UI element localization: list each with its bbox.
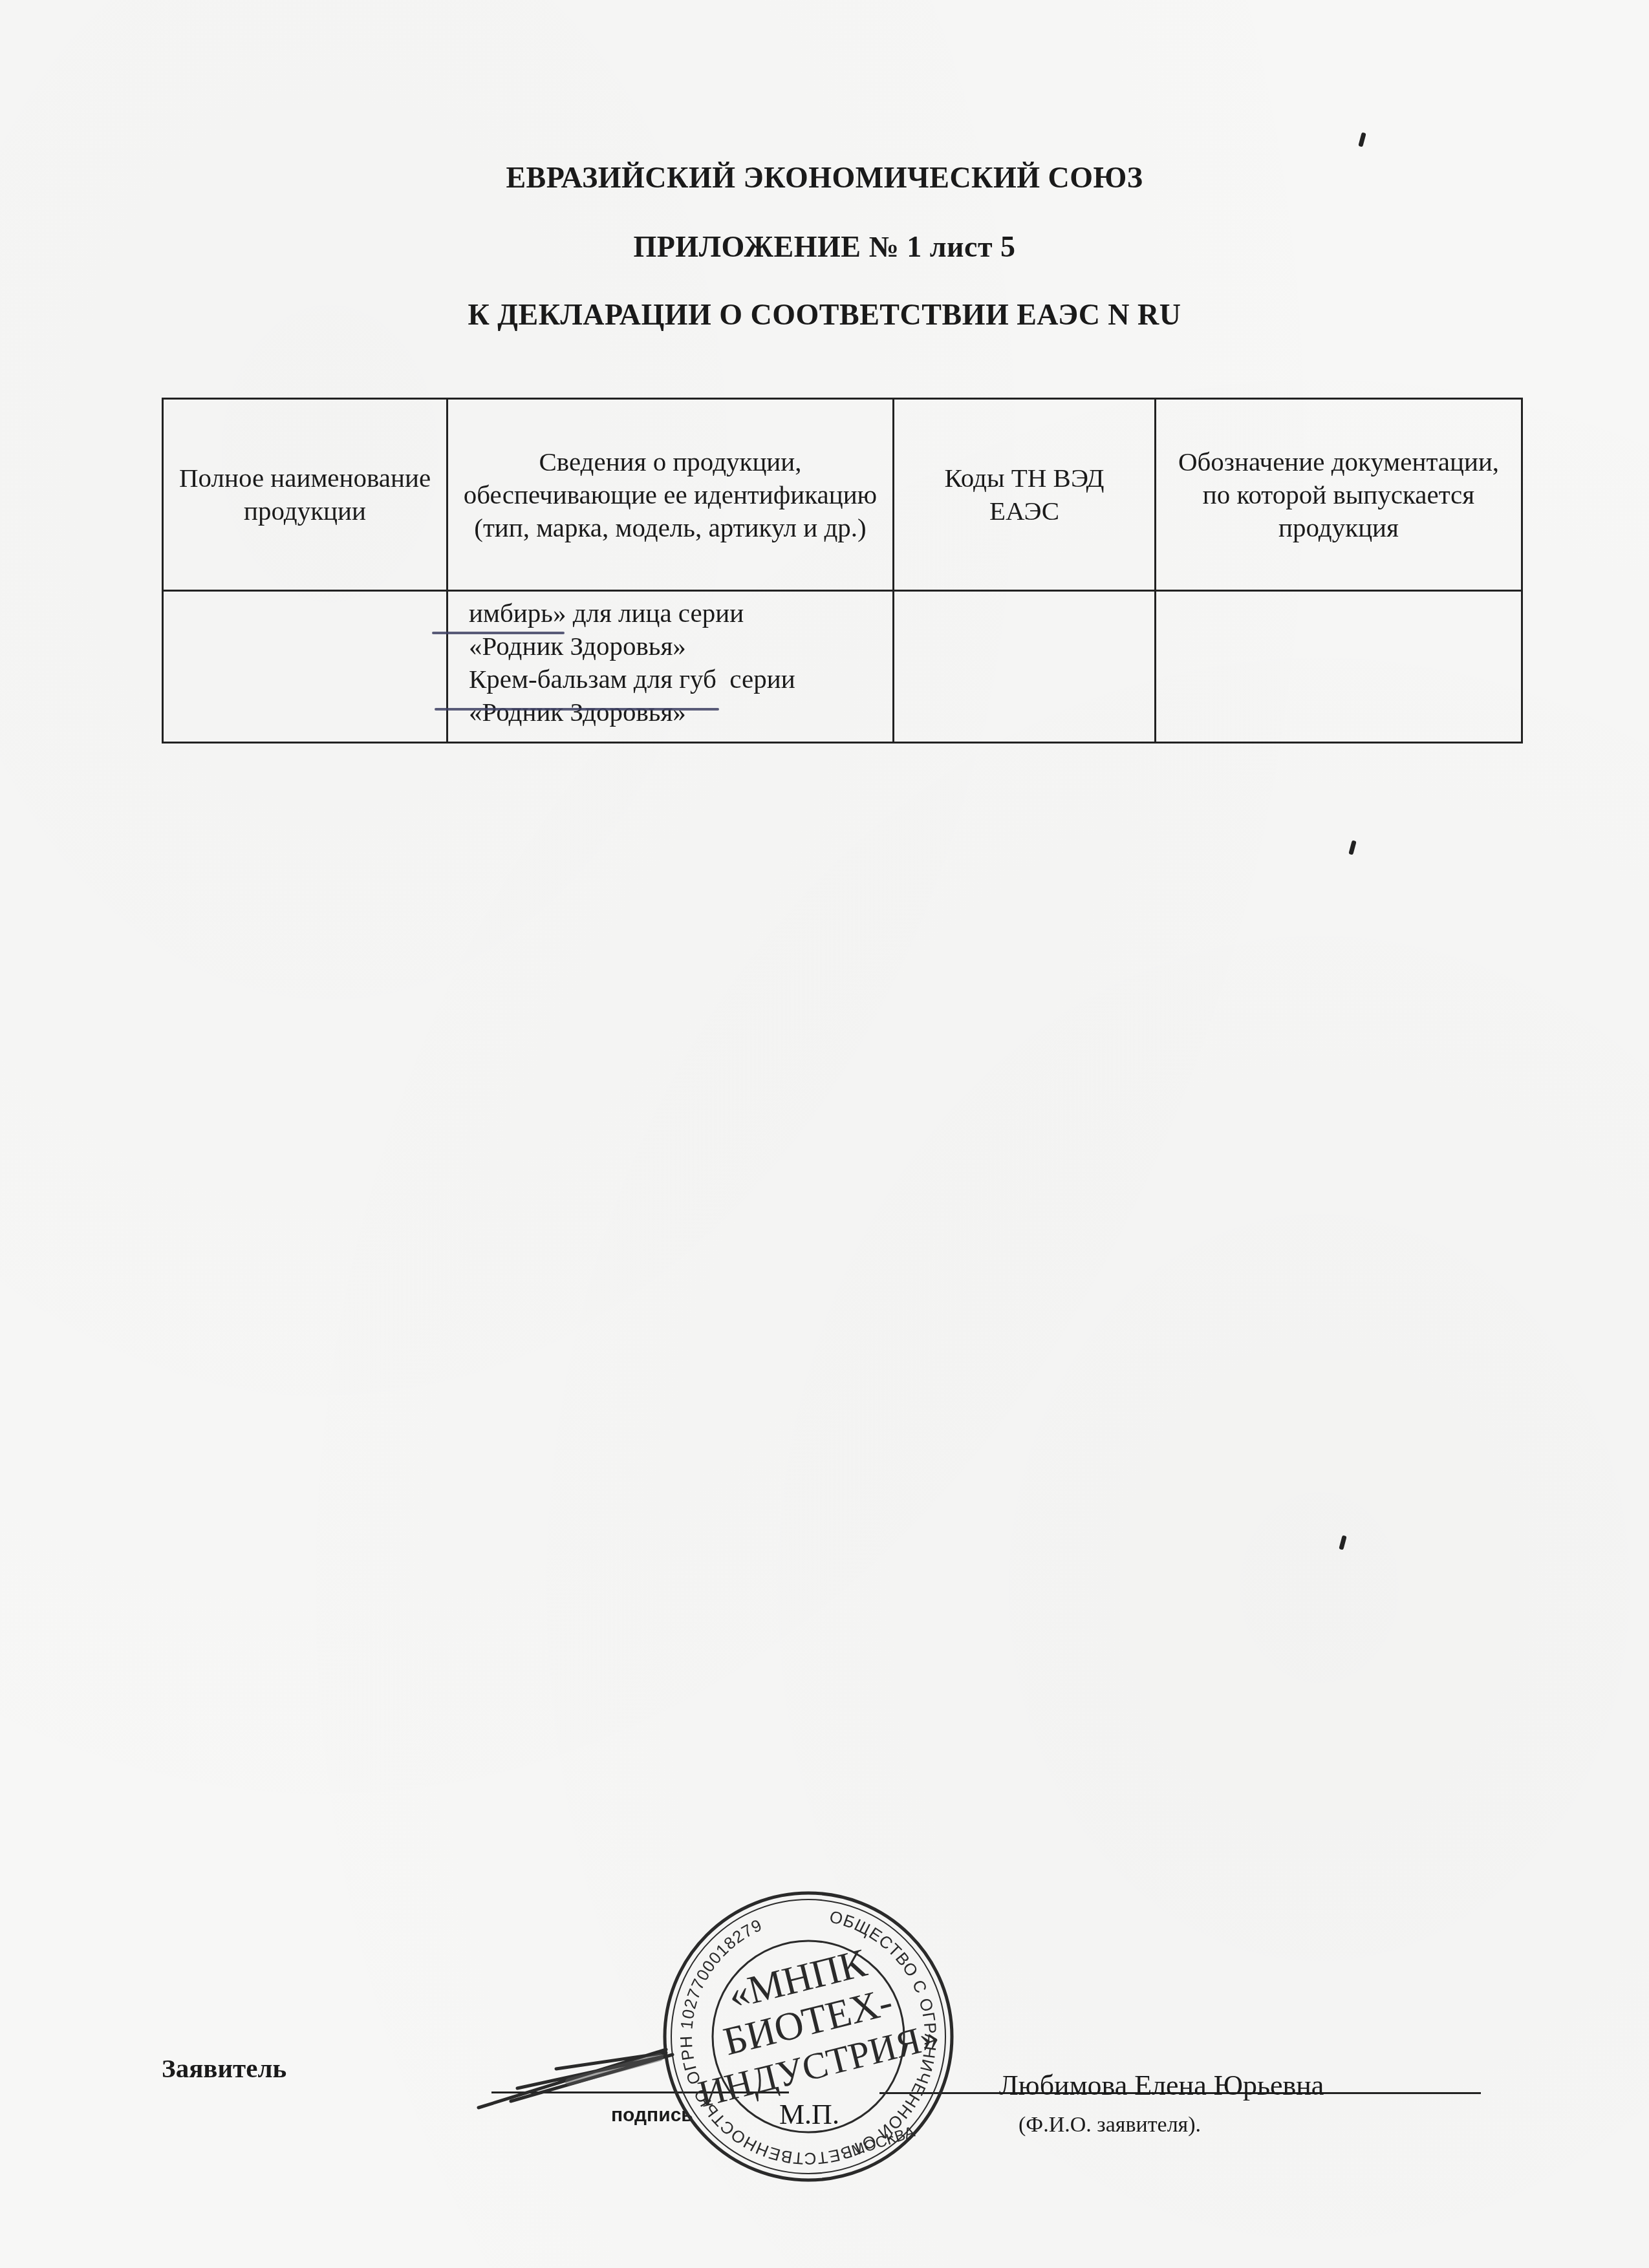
- product-info-line: «Родник Здоровья»: [469, 630, 892, 663]
- applicant-label: Заявитель: [162, 2053, 286, 2084]
- table-header-row: Полное наименование продукции Сведения о…: [163, 399, 1522, 591]
- product-info-line: Крем-бальзам для губ серии: [469, 663, 892, 696]
- appendix-title: ПРИЛОЖЕНИЕ № 1 лист 5: [0, 230, 1649, 264]
- pen-mark: [1339, 1535, 1346, 1550]
- pen-underline: [432, 632, 565, 634]
- cell-documentation: [1156, 591, 1522, 743]
- pen-underline: [435, 708, 719, 711]
- table-row: имбирь» для лица серии «Родник Здоровья»…: [163, 591, 1522, 743]
- product-info-line: «Родник Здоровья»: [469, 696, 892, 729]
- cell-full-name: [163, 591, 447, 743]
- company-stamp-icon: ОБЩЕСТВО С ОГРАНИЧЕННОЙ ОТВЕТСТВЕННОСТЬЮ…: [660, 1888, 957, 2185]
- column-header-product-info: Сведения о продукции, обеспечивающие ее …: [447, 399, 894, 591]
- organization-title: ЕВРАЗИЙСКИЙ ЭКОНОМИЧЕСКИЙ СОЮЗ: [0, 160, 1649, 195]
- declaration-table: Полное наименование продукции Сведения о…: [162, 398, 1523, 744]
- column-header-documentation: Обозначение документации, по которой вып…: [1156, 399, 1522, 591]
- cell-product-info: имбирь» для лица серии «Родник Здоровья»…: [447, 591, 894, 743]
- declaration-title: К ДЕКЛАРАЦИИ О СООТВЕТСТВИИ ЕАЭС N RU: [0, 297, 1649, 332]
- applicant-name: Любимова Елена Юрьевна: [999, 2069, 1324, 2102]
- pen-mark: [1348, 840, 1356, 855]
- applicant-name-caption: (Ф.И.О. заявителя).: [1018, 2113, 1201, 2137]
- cell-tn-ved-codes: [894, 591, 1156, 743]
- pen-mark: [1358, 132, 1366, 147]
- column-header-tn-ved-codes: Коды ТН ВЭД ЕАЭС: [894, 399, 1156, 591]
- product-info-line: имбирь» для лица серии: [469, 597, 892, 630]
- column-header-full-name: Полное наименование продукции: [163, 399, 447, 591]
